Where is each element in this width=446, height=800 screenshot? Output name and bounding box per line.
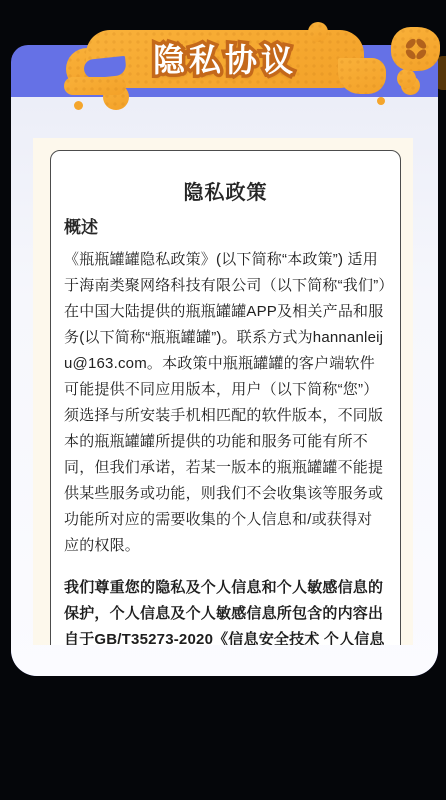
- policy-paragraph-emphasis: 我们尊重您的隐私及个人信息和个人敏感信息的保护，个人信息及个人敏感信息所包含的内…: [64, 575, 387, 645]
- policy-title: 隐私政策: [64, 181, 387, 205]
- close-button-blob: [397, 69, 416, 88]
- close-x-icon: [401, 34, 431, 64]
- title-banner: 隐私协议 隐私协议: [66, 27, 388, 99]
- orange-dot-decoration: [74, 101, 83, 110]
- policy-content-card: 隐私政策 概述 《瓶瓶罐罐隐私政策》(以下简称“本政策”) 适用于海南类聚网络科…: [50, 150, 401, 645]
- banner-title-text: 隐私协议: [86, 38, 364, 82]
- privacy-dialog: 隐私政策 概述 《瓶瓶罐罐隐私政策》(以下简称“本政策”) 适用于海南类聚网络科…: [11, 45, 438, 676]
- policy-section-heading: 概述: [64, 217, 387, 239]
- policy-scroll-area[interactable]: 隐私政策 概述 《瓶瓶罐罐隐私政策》(以下简称“本政策”) 适用于海南类聚网络科…: [33, 138, 413, 645]
- close-button[interactable]: [391, 27, 440, 71]
- screen: 隐私政策 概述 《瓶瓶罐罐隐私政策》(以下简称“本政策”) 适用于海南类聚网络科…: [0, 0, 446, 800]
- banner-title: 隐私协议 隐私协议: [86, 38, 364, 82]
- policy-paragraph-intro: 《瓶瓶罐罐隐私政策》(以下简称“本政策”) 适用于海南类聚网络科技有限公司（以下…: [64, 247, 387, 559]
